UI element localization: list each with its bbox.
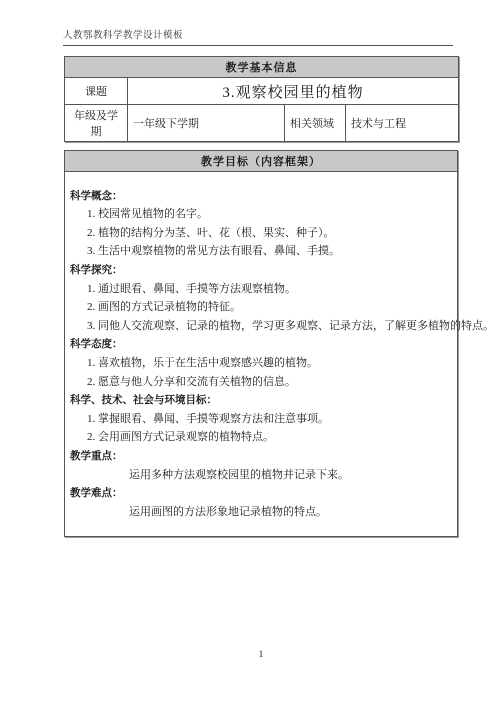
table-row: 教学基本信息 xyxy=(65,57,459,78)
objective-item: 1. 掌握眼看、鼻闻、手摸等观察方法和注意事项。 xyxy=(70,410,452,429)
objective-item: 运用画图的方法形象地记录植物的特点。 xyxy=(70,503,452,522)
objective-item: 2. 植物的结构分为茎、叶、花（根、果实、种子）。 xyxy=(70,224,452,243)
section-heading-teaching-focus: 教学重点： xyxy=(70,447,452,466)
basic-info-table: 教学基本信息 课题 3.观察校园里的植物 年级及学期 一年级下学期 相关领域 技… xyxy=(64,56,459,142)
objective-item: 2. 愿意与他人分享和交流有关植物的信息。 xyxy=(70,373,452,392)
domain-value: 技术与工程 xyxy=(346,105,459,142)
objective-item: 1. 校园常见植物的名字。 xyxy=(70,205,452,224)
objectives-title: 教学目标（内容框架） xyxy=(65,151,458,172)
grade-label: 年级及学期 xyxy=(65,105,128,142)
section-heading-science-concepts: 科学概念： xyxy=(70,187,452,206)
table-row: 年级及学期 一年级下学期 相关领域 技术与工程 xyxy=(65,105,459,142)
section-heading-stse-goals: 科学、技术、社会与环境目标： xyxy=(70,391,452,410)
objective-item: 1. 通过眼看、鼻闻、手摸等方法观察植物。 xyxy=(70,280,452,299)
table-row: 课题 3.观察校园里的植物 xyxy=(65,78,459,105)
section-heading-science-inquiry: 科学探究： xyxy=(70,261,452,280)
basic-info-title: 教学基本信息 xyxy=(65,57,459,78)
domain-label: 相关领域 xyxy=(285,105,346,142)
topic-value: 3.观察校园里的植物 xyxy=(128,78,459,105)
section-heading-science-attitude: 科学态度： xyxy=(70,335,452,354)
document-page: 人教鄂教科学教学设计模板 教学基本信息 课题 3.观察校园里的植物 年级及学期 … xyxy=(0,0,500,707)
grade-value: 一年级下学期 xyxy=(128,105,285,142)
document-header-title: 人教鄂教科学教学设计模板 xyxy=(63,27,453,46)
objectives-body: 科学概念： 1. 校园常见植物的名字。 2. 植物的结构分为茎、叶、花（根、果实… xyxy=(65,172,458,537)
objective-item: 3. 同他人交流观察、记录的植物，学习更多观察、记录方法，了解更多植物的特点。 xyxy=(70,317,452,336)
objective-item: 1. 喜欢植物，乐于在生活中观察感兴趣的植物。 xyxy=(70,354,452,373)
objective-item: 2. 画图的方式记录植物的特征。 xyxy=(70,298,452,317)
page-number: 1 xyxy=(64,650,458,660)
table-row: 教学目标（内容框架） xyxy=(65,151,458,172)
objective-item: 运用多种方法观察校园里的植物并记录下来。 xyxy=(70,466,452,485)
objective-item: 2. 会用画图方式记录观察的植物特点。 xyxy=(70,428,452,447)
section-heading-teaching-difficulty: 教学难点： xyxy=(70,484,452,503)
objectives-table: 教学目标（内容框架） 科学概念： 1. 校园常见植物的名字。 2. 植物的结构分… xyxy=(64,150,458,537)
topic-label: 课题 xyxy=(65,78,128,105)
objective-item: 3. 生活中观察植物的常见方法有眼看、鼻闻、手摸。 xyxy=(70,242,452,261)
table-row: 科学概念： 1. 校园常见植物的名字。 2. 植物的结构分为茎、叶、花（根、果实… xyxy=(65,172,458,537)
